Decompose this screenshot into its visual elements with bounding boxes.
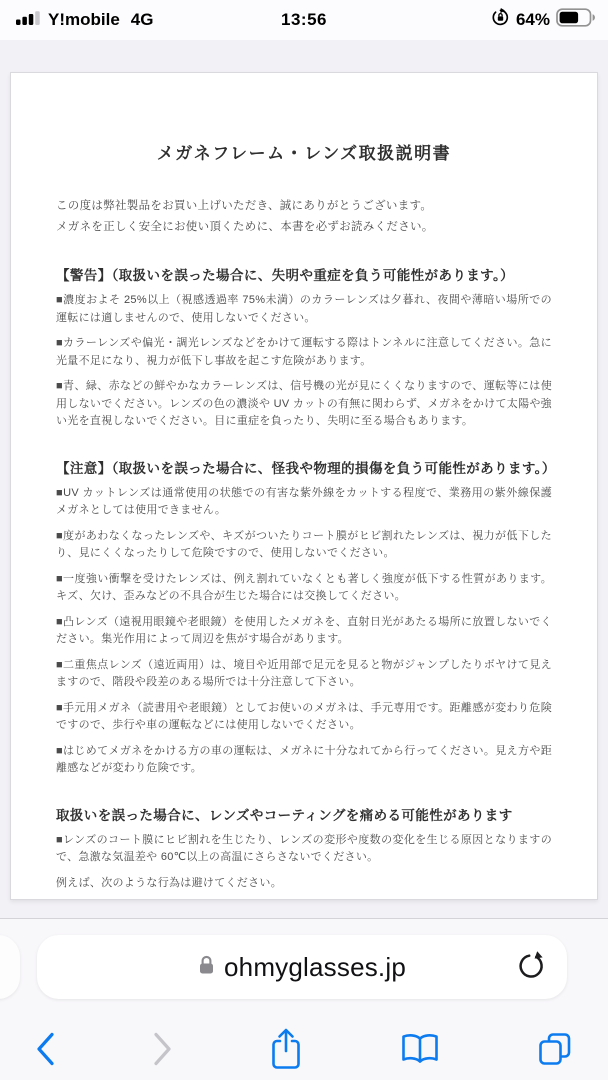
toolbar	[0, 1019, 608, 1080]
section-heading: 【警告】（取扱いを誤った場合に、失明や重症を負う可能性があります。）	[56, 264, 552, 284]
tabs-button[interactable]	[536, 1030, 574, 1071]
caution-item: ■凸レンズ（遠視用眼鏡や老眼鏡）を使用したメガネを、直射日光があたる場所に放置し…	[56, 614, 552, 649]
reload-icon	[514, 949, 548, 986]
chevron-right-icon	[152, 1031, 174, 1070]
bookmarks-button[interactable]	[399, 1032, 441, 1069]
intro-block: この度は弊社製品をお買い上げいただき、誠にありがとうございます。 メガネを正しく…	[56, 196, 552, 238]
browser-bottom-chrome: ohmyglasses.jp	[0, 918, 608, 1080]
status-bar: Y!mobile 4G 13:56 64%	[0, 0, 608, 40]
caution-item: ■二重焦点レンズ（遠近両用）は、境目や近用部で足元を見ると物がジャンプしたりボヤ…	[56, 657, 552, 692]
web-content: メガネフレーム・レンズ取扱説明書 この度は弊社製品をお買い上げいただき、誠にあり…	[0, 40, 608, 918]
section-heading: 取扱いを誤った場合に、レンズやコーティングを痛める可能性があります	[56, 804, 552, 824]
lock-icon	[198, 954, 215, 981]
section-heading: 【注意】（取扱いを誤った場合に、怪我や物理的損傷を負う可能性があります。）	[56, 457, 552, 477]
forward-button[interactable]	[152, 1031, 174, 1070]
orientation-lock-icon	[491, 8, 510, 32]
warning-item: ■濃度およそ 25%以上（視感透過率 75%未満）のカラーレンズは夕暮れ、夜間や…	[56, 292, 552, 327]
reload-button[interactable]	[513, 949, 549, 985]
intro-line: この度は弊社製品をお買い上げいただき、誠にありがとうございます。	[56, 196, 552, 217]
battery-icon	[556, 8, 596, 32]
intro-line: メガネを正しく安全にお使い頂くために、本書を必ずお読みください。	[56, 217, 552, 238]
damage-item: 例えば、次のような行為は避けてください。	[56, 875, 552, 893]
tabs-icon	[536, 1030, 574, 1071]
share-icon	[269, 1027, 303, 1074]
document-card: メガネフレーム・レンズ取扱説明書 この度は弊社製品をお買い上げいただき、誠にあり…	[10, 72, 598, 900]
caution-item: ■はじめてメガネをかける方の車の運転は、メガネに十分なれてから行ってください。見…	[56, 743, 552, 778]
section-warning: 【警告】（取扱いを誤った場合に、失明や重症を負う可能性があります。） ■濃度およ…	[56, 264, 552, 431]
chevron-left-icon	[34, 1031, 56, 1070]
caution-item: ■UV カットレンズは通常使用の状態での有害な紫外線をカットする程度で、業務用の…	[56, 485, 552, 520]
address-bar[interactable]: ohmyglasses.jp	[37, 935, 567, 999]
adjacent-tab-stub[interactable]	[0, 935, 20, 999]
caution-item: ■一度強い衝撃を受けたレンズは、例え割れていなくとも著しく強度が低下する性質があ…	[56, 571, 552, 606]
caution-item: ■手元用メガネ（読書用や老眼鏡）としてお使いのメガネは、手元専用です。距離感が変…	[56, 700, 552, 735]
share-button[interactable]	[269, 1027, 303, 1074]
damage-item: ■レンズのコート膜にヒビ割れを生じたり、レンズの変形や度数の変化を生じる原因とな…	[56, 832, 552, 867]
section-caution: 【注意】（取扱いを誤った場合に、怪我や物理的損傷を負う可能性があります。） ■U…	[56, 457, 552, 778]
section-lens-damage: 取扱いを誤った場合に、レンズやコーティングを痛める可能性があります ■レンズのコ…	[56, 804, 552, 893]
back-button[interactable]	[34, 1031, 56, 1070]
caution-item: ■度があわなくなったレンズや、キズがついたりコート膜がヒビ割れたレンズは、視力が…	[56, 528, 552, 563]
page-title: メガネフレーム・レンズ取扱説明書	[56, 139, 552, 164]
warning-item: ■カラーレンズや偏光・調光レンズなどをかけて運転する際はトンネルに注意してくださ…	[56, 335, 552, 370]
battery-percent: 64%	[516, 10, 550, 30]
url-text: ohmyglasses.jp	[224, 952, 406, 983]
warning-item: ■青、緑、赤などの鮮やかなカラーレンズは、信号機の光が見にくくなりますので、運転…	[56, 378, 552, 431]
book-icon	[399, 1032, 441, 1069]
